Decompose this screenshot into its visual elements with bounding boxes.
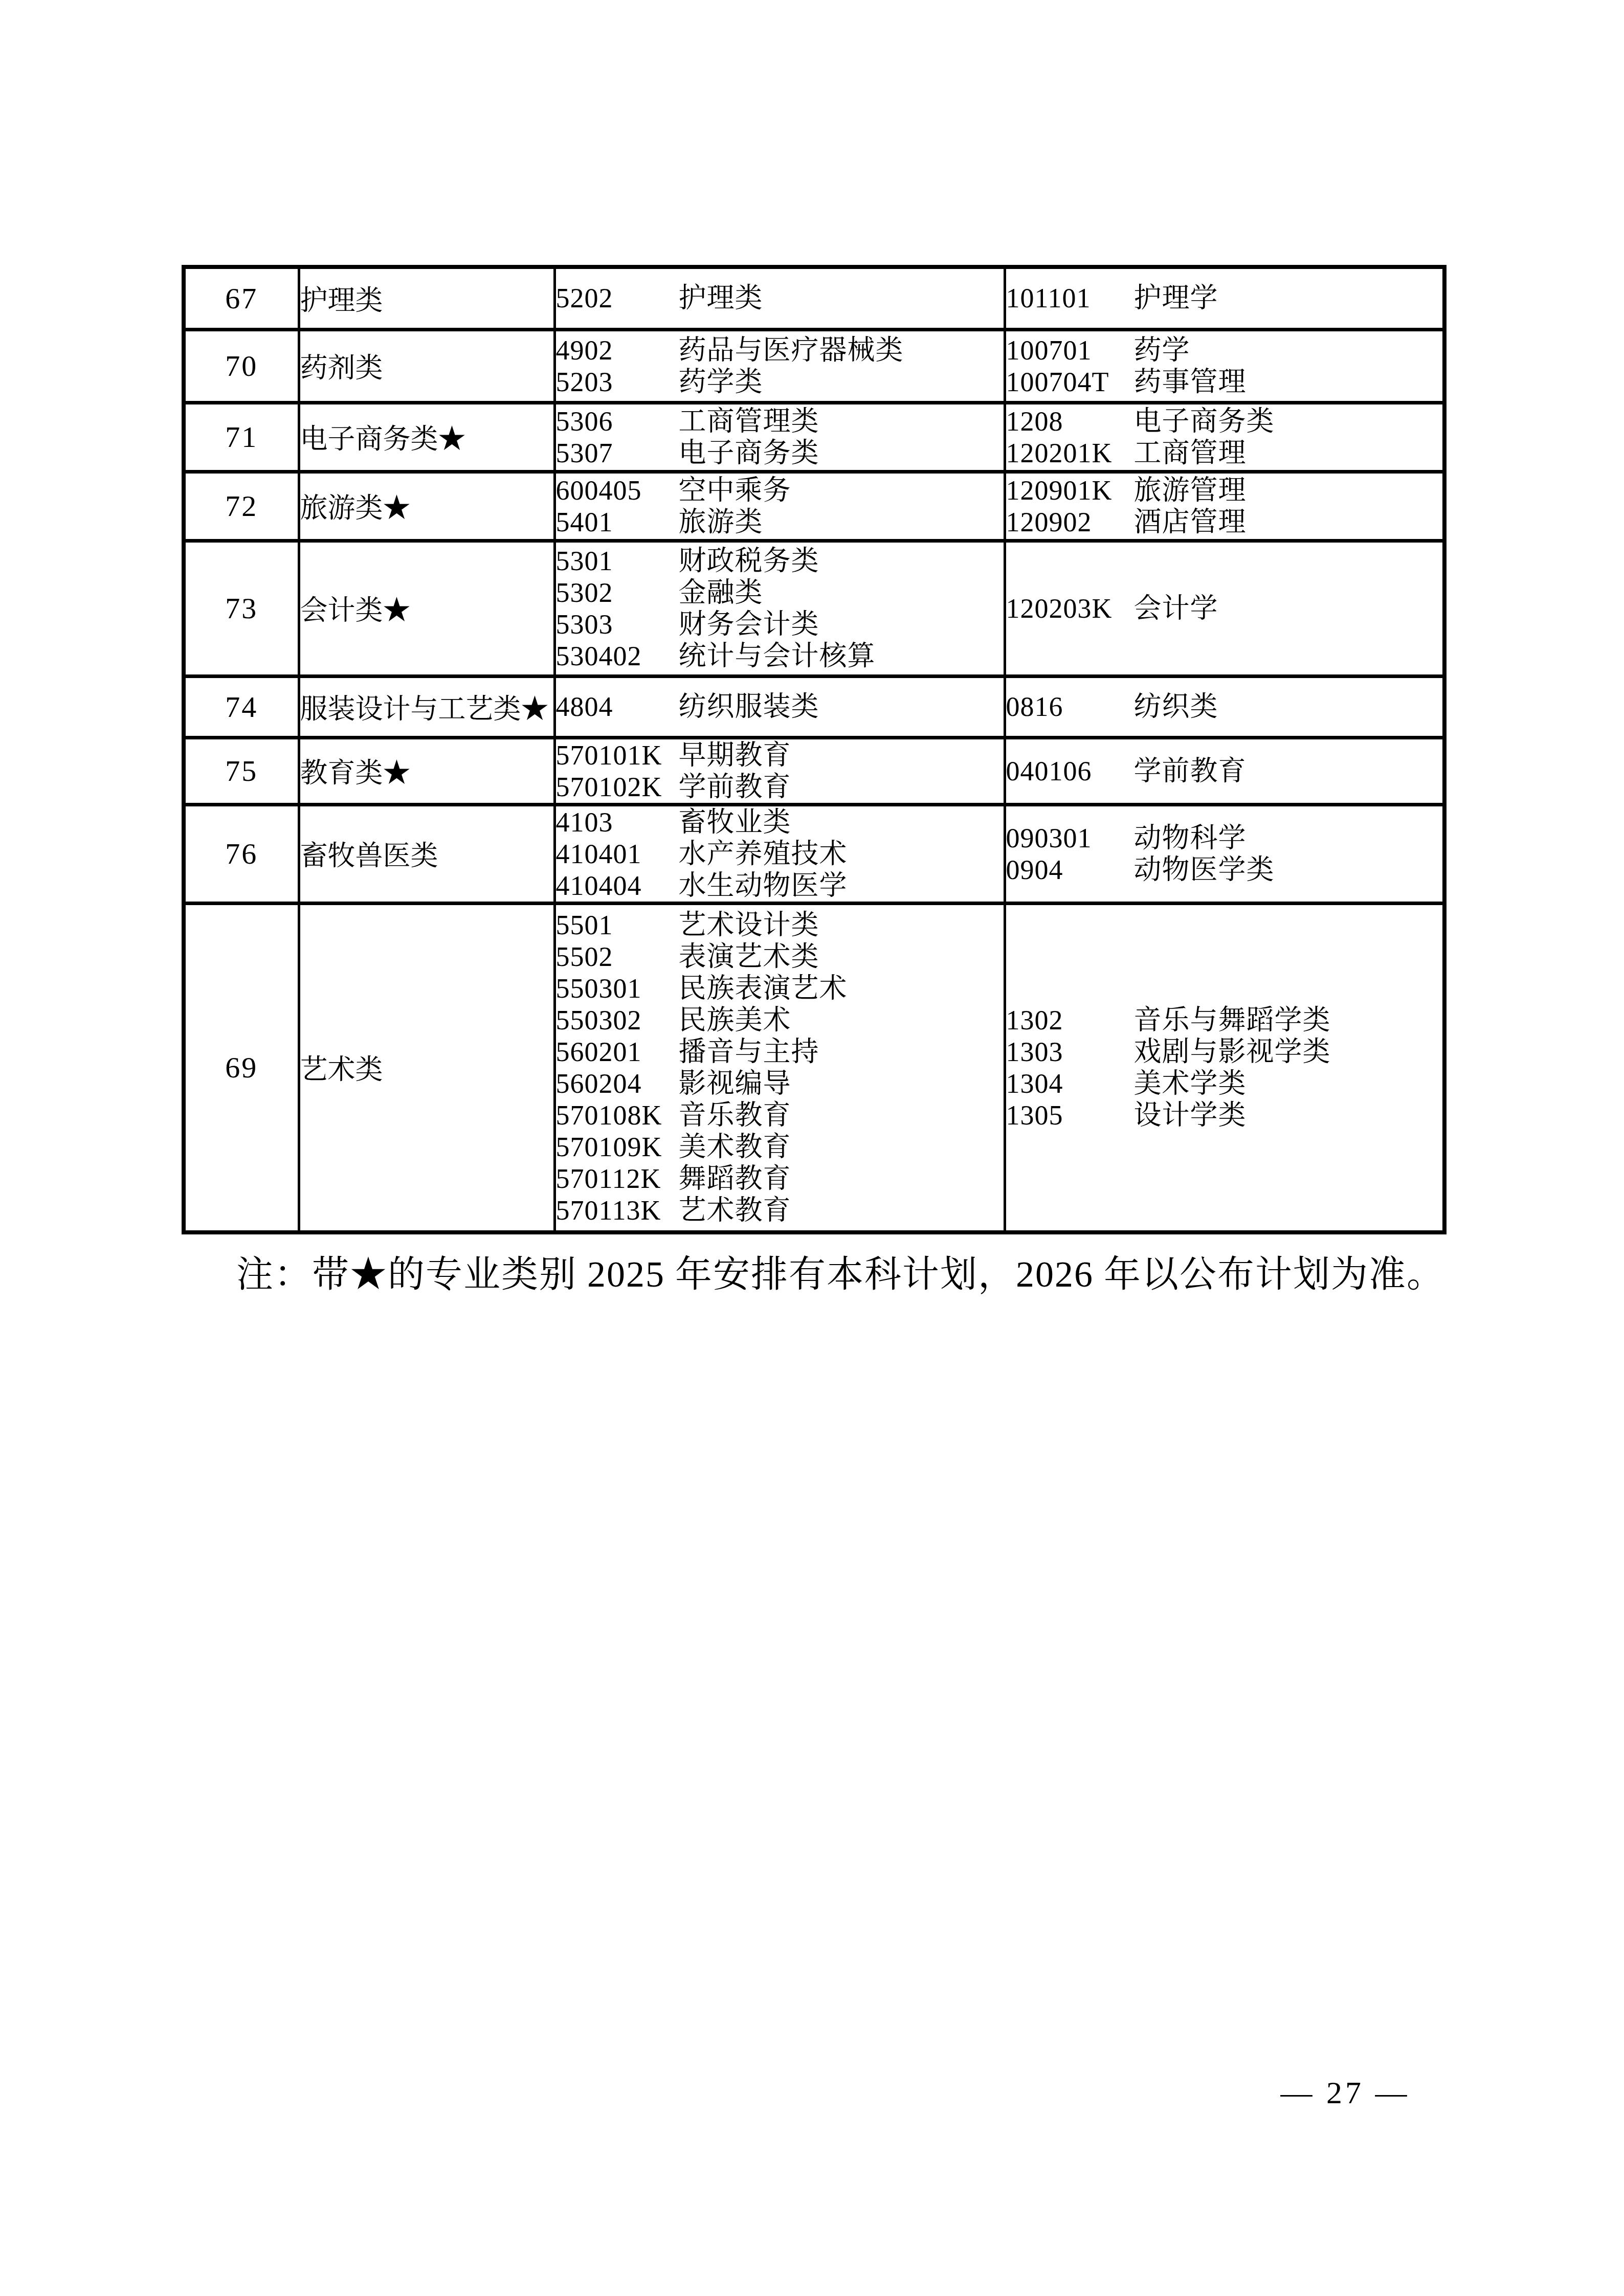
- code-line: 5401旅游类: [556, 506, 1004, 538]
- table-row: 74服装设计与工艺类★4804纺织服装类0816纺织类: [184, 676, 1444, 737]
- code-line: 570101K早期教育: [556, 739, 1004, 771]
- row-number-cell: 73: [184, 541, 299, 676]
- code-name: 药事管理: [1134, 367, 1247, 397]
- code-value: 5502: [556, 941, 679, 973]
- code-value: 0904: [1006, 854, 1134, 886]
- codes-right-cell: 0816纺织类: [1005, 676, 1444, 737]
- category-code-table: 67护理类5202护理类101101护理学70药剂类4902药品与医疗器械类52…: [182, 265, 1447, 1234]
- code-name: 舞蹈教育: [679, 1163, 791, 1194]
- code-value: 570109K: [556, 1131, 679, 1163]
- code-line: 5202护理类: [556, 282, 1004, 314]
- code-line: 560201播音与主持: [556, 1036, 1004, 1068]
- code-name: 财务会计类: [679, 609, 819, 640]
- codes-right-cell: 1302音乐与舞蹈学类1303戏剧与影视学类1304美术学类1305设计学类: [1005, 903, 1444, 1232]
- code-name: 艺术教育: [679, 1195, 791, 1226]
- code-name: 金融类: [679, 577, 763, 608]
- code-name: 电子商务类: [679, 438, 819, 468]
- code-line: 120203K会计学: [1006, 593, 1443, 624]
- code-name: 早期教育: [679, 740, 791, 771]
- code-value: 5401: [556, 506, 679, 538]
- row-number-cell: 72: [184, 471, 299, 541]
- code-value: 5302: [556, 577, 679, 609]
- code-line: 1304美术学类: [1006, 1068, 1443, 1099]
- code-name: 电子商务类: [1134, 406, 1275, 437]
- code-value: 5306: [556, 406, 679, 437]
- code-line: 5306工商管理类: [556, 406, 1004, 437]
- code-line: 1305设计学类: [1006, 1099, 1443, 1131]
- code-line: 5301财政税务类: [556, 545, 1004, 577]
- code-value: 410401: [556, 838, 679, 870]
- code-name: 音乐教育: [679, 1100, 791, 1131]
- code-value: 560201: [556, 1036, 679, 1068]
- code-name: 护理学: [1134, 283, 1218, 313]
- row-number-cell: 67: [184, 267, 299, 329]
- code-line: 570109K美术教育: [556, 1131, 1004, 1163]
- code-value: 101101: [1006, 282, 1134, 314]
- code-name: 影视编导: [679, 1068, 791, 1099]
- code-value: 4103: [556, 806, 679, 838]
- code-line: 4902药品与医疗器械类: [556, 334, 1004, 366]
- code-line: 570108K音乐教育: [556, 1099, 1004, 1131]
- code-value: 5501: [556, 909, 679, 941]
- code-line: 5203药学类: [556, 366, 1004, 398]
- codes-right-cell: 040106学前教育: [1005, 737, 1444, 804]
- footnote-text: 注：带★的专业类别 2025 年安排有本科计划，2026 年以公布计划为准。: [236, 1249, 1474, 1300]
- row-number-cell: 75: [184, 737, 299, 804]
- codes-right-cell: 101101护理学: [1005, 267, 1444, 329]
- table-row: 70药剂类4902药品与医疗器械类5203药学类100701药学100704T药…: [184, 329, 1444, 402]
- code-value: 410404: [556, 870, 679, 902]
- code-value: 1304: [1006, 1068, 1134, 1099]
- code-line: 570112K舞蹈教育: [556, 1163, 1004, 1195]
- code-name: 工商管理: [1134, 438, 1247, 468]
- codes-mid-cell: 5301财政税务类5302金融类5303财务会计类530402统计与会计核算: [554, 541, 1005, 676]
- code-value: 0816: [1006, 691, 1134, 723]
- code-value: 5303: [556, 609, 679, 640]
- code-line: 410401水产养殖技术: [556, 838, 1004, 870]
- code-value: 120203K: [1006, 593, 1134, 624]
- code-value: 100701: [1006, 334, 1134, 366]
- code-name: 旅游类: [679, 507, 763, 537]
- code-line: 410404水生动物医学: [556, 870, 1004, 902]
- code-name: 美术学类: [1134, 1068, 1247, 1099]
- code-value: 570112K: [556, 1163, 679, 1195]
- code-name: 酒店管理: [1134, 507, 1247, 537]
- category-label-cell: 服装设计与工艺类★: [299, 676, 554, 737]
- code-name: 纺织服装类: [679, 691, 819, 722]
- code-line: 5303财务会计类: [556, 609, 1004, 640]
- code-line: 4804纺织服装类: [556, 691, 1004, 723]
- code-value: 120201K: [1006, 437, 1134, 469]
- code-value: 550301: [556, 973, 679, 1004]
- code-name: 学前教育: [1134, 756, 1247, 786]
- code-value: 5301: [556, 545, 679, 577]
- code-name: 会计学: [1134, 593, 1218, 624]
- code-value: 1305: [1006, 1099, 1134, 1131]
- codes-right-cell: 1208电子商务类120201K工商管理: [1005, 402, 1444, 471]
- page-number: — 27 —: [1243, 2075, 1448, 2111]
- codes-right-cell: 120203K会计学: [1005, 541, 1444, 676]
- code-value: 550302: [556, 1004, 679, 1036]
- code-name: 药学类: [679, 367, 763, 397]
- codes-mid-cell: 4103畜牧业类410401水产养殖技术410404水生动物医学: [554, 804, 1005, 903]
- code-value: 570101K: [556, 739, 679, 771]
- code-value: 600405: [556, 475, 679, 506]
- code-name: 音乐与舞蹈学类: [1134, 1005, 1331, 1036]
- code-line: 0816纺织类: [1006, 691, 1443, 723]
- codes-right-cell: 120901K旅游管理120902酒店管理: [1005, 471, 1444, 541]
- code-name: 动物医学类: [1134, 854, 1275, 885]
- code-line: 600405空中乘务: [556, 475, 1004, 506]
- table-row: 71电子商务类★5306工商管理类5307电子商务类1208电子商务类12020…: [184, 402, 1444, 471]
- row-number-cell: 69: [184, 903, 299, 1232]
- code-line: 5302金融类: [556, 577, 1004, 609]
- code-line: 100701药学: [1006, 334, 1443, 366]
- code-name: 学前教育: [679, 772, 791, 802]
- code-name: 统计与会计核算: [679, 641, 876, 671]
- code-value: 120901K: [1006, 475, 1134, 506]
- codes-mid-cell: 5202护理类: [554, 267, 1005, 329]
- code-line: 560204影视编导: [556, 1068, 1004, 1099]
- row-number-cell: 70: [184, 329, 299, 402]
- code-value: 090301: [1006, 822, 1134, 854]
- category-label-cell: 护理类: [299, 267, 554, 329]
- table-row: 76畜牧兽医类4103畜牧业类410401水产养殖技术410404水生动物医学0…: [184, 804, 1444, 903]
- code-name: 药学: [1134, 335, 1190, 366]
- codes-right-cell: 090301动物科学0904动物医学类: [1005, 804, 1444, 903]
- code-line: 040106学前教育: [1006, 755, 1443, 787]
- code-line: 1208电子商务类: [1006, 406, 1443, 437]
- code-value: 120902: [1006, 506, 1134, 538]
- code-line: 120902酒店管理: [1006, 506, 1443, 538]
- row-number-cell: 71: [184, 402, 299, 471]
- codes-mid-cell: 4902药品与医疗器械类5203药学类: [554, 329, 1005, 402]
- code-value: 4804: [556, 691, 679, 723]
- codes-mid-cell: 5306工商管理类5307电子商务类: [554, 402, 1005, 471]
- category-label-cell: 艺术类: [299, 903, 554, 1232]
- code-name: 空中乘务: [679, 475, 791, 506]
- table-row: 72旅游类★600405空中乘务5401旅游类120901K旅游管理120902…: [184, 471, 1444, 541]
- code-name: 播音与主持: [679, 1037, 819, 1067]
- code-name: 财政税务类: [679, 546, 819, 576]
- code-line: 530402统计与会计核算: [556, 640, 1004, 672]
- code-name: 畜牧业类: [679, 807, 791, 838]
- category-label-cell: 教育类★: [299, 737, 554, 804]
- code-value: 100704T: [1006, 366, 1134, 398]
- category-label-cell: 电子商务类★: [299, 402, 554, 471]
- code-line: 5502表演艺术类: [556, 941, 1004, 973]
- category-label-cell: 旅游类★: [299, 471, 554, 541]
- code-line: 570102K学前教育: [556, 771, 1004, 803]
- codes-mid-cell: 600405空中乘务5401旅游类: [554, 471, 1005, 541]
- code-name: 表演艺术类: [679, 941, 819, 972]
- code-name: 民族表演艺术: [679, 973, 848, 1004]
- row-number-cell: 76: [184, 804, 299, 903]
- code-line: 101101护理学: [1006, 282, 1443, 314]
- category-label-cell: 畜牧兽医类: [299, 804, 554, 903]
- code-name: 水生动物医学: [679, 870, 848, 901]
- code-name: 旅游管理: [1134, 475, 1247, 506]
- codes-right-cell: 100701药学100704T药事管理: [1005, 329, 1444, 402]
- code-name: 民族美术: [679, 1005, 791, 1036]
- code-name: 戏剧与影视学类: [1134, 1037, 1331, 1067]
- code-line: 550301民族表演艺术: [556, 973, 1004, 1004]
- code-line: 5501艺术设计类: [556, 909, 1004, 941]
- code-value: 560204: [556, 1068, 679, 1099]
- code-value: 530402: [556, 640, 679, 672]
- code-value: 4902: [556, 334, 679, 366]
- code-line: 4103畜牧业类: [556, 806, 1004, 838]
- code-value: 570108K: [556, 1099, 679, 1131]
- category-label-cell: 会计类★: [299, 541, 554, 676]
- code-name: 水产养殖技术: [679, 839, 848, 869]
- code-line: 1303戏剧与影视学类: [1006, 1036, 1443, 1068]
- code-name: 动物科学: [1134, 823, 1247, 853]
- table-row: 73会计类★5301财政税务类5302金融类5303财务会计类530402统计与…: [184, 541, 1444, 676]
- code-line: 570113K艺术教育: [556, 1195, 1004, 1226]
- code-line: 100704T药事管理: [1006, 366, 1443, 398]
- code-name: 纺织类: [1134, 691, 1218, 722]
- table-row: 75教育类★570101K早期教育570102K学前教育040106学前教育: [184, 737, 1444, 804]
- code-line: 090301动物科学: [1006, 822, 1443, 854]
- table-row: 67护理类5202护理类101101护理学: [184, 267, 1444, 329]
- code-value: 5202: [556, 282, 679, 314]
- code-value: 1303: [1006, 1036, 1134, 1068]
- codes-mid-cell: 5501艺术设计类5502表演艺术类550301民族表演艺术550302民族美术…: [554, 903, 1005, 1232]
- code-line: 550302民族美术: [556, 1004, 1004, 1036]
- code-name: 工商管理类: [679, 406, 819, 437]
- code-line: 1302音乐与舞蹈学类: [1006, 1004, 1443, 1036]
- code-line: 120901K旅游管理: [1006, 475, 1443, 506]
- code-value: 1302: [1006, 1004, 1134, 1036]
- code-value: 5307: [556, 437, 679, 469]
- code-line: 0904动物医学类: [1006, 854, 1443, 886]
- codes-mid-cell: 570101K早期教育570102K学前教育: [554, 737, 1005, 804]
- row-number-cell: 74: [184, 676, 299, 737]
- code-value: 040106: [1006, 755, 1134, 787]
- code-name: 设计学类: [1134, 1100, 1247, 1131]
- category-label-cell: 药剂类: [299, 329, 554, 402]
- code-value: 570113K: [556, 1195, 679, 1226]
- code-name: 美术教育: [679, 1132, 791, 1162]
- code-value: 5203: [556, 366, 679, 398]
- code-line: 120201K工商管理: [1006, 437, 1443, 469]
- table-row: 69艺术类5501艺术设计类5502表演艺术类550301民族表演艺术55030…: [184, 903, 1444, 1232]
- document-page: 67护理类5202护理类101101护理学70药剂类4902药品与医疗器械类52…: [0, 0, 1624, 2296]
- code-name: 药品与医疗器械类: [679, 335, 904, 366]
- code-line: 5307电子商务类: [556, 437, 1004, 469]
- code-name: 护理类: [679, 283, 763, 313]
- code-value: 1208: [1006, 406, 1134, 437]
- code-name: 艺术设计类: [679, 910, 819, 940]
- codes-mid-cell: 4804纺织服装类: [554, 676, 1005, 737]
- code-value: 570102K: [556, 771, 679, 803]
